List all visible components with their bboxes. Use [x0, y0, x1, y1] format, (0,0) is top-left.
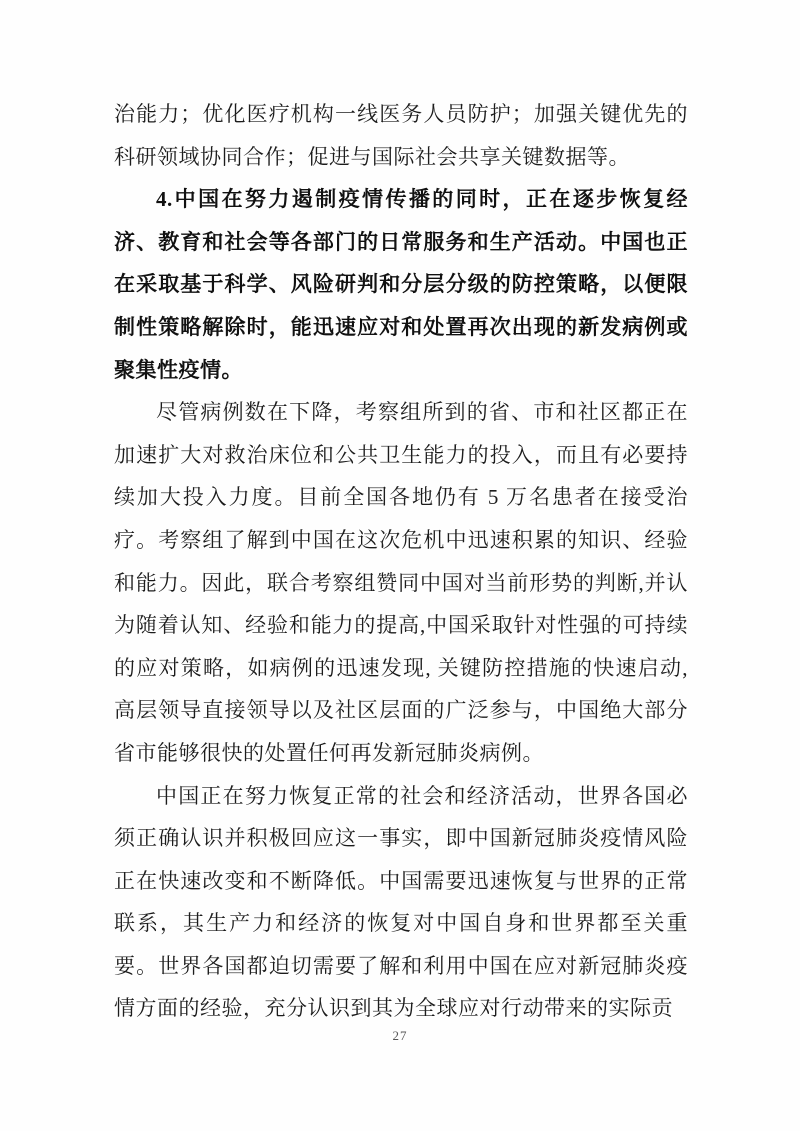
document-page: 治能力；优化医疗机构一线医务人员防护；加强关键优先的科研领域协同合作；促进与国际…: [0, 0, 800, 1131]
paragraph-point-4: 4.中国在努力遏制疫情传播的同时，正在逐步恢复经济、教育和社会等各部门的日常服务…: [114, 178, 688, 391]
page-number: 27: [0, 1028, 800, 1044]
paragraph-continuation: 治能力；优化医疗机构一线医务人员防护；加强关键优先的科研领域协同合作；促进与国际…: [114, 93, 688, 178]
paragraph-body-2: 中国正在努力恢复正常的社会和经济活动，世界各国必须正确认识并积极回应这一事实，即…: [114, 775, 688, 1031]
document-text-block: 治能力；优化医疗机构一线医务人员防护；加强关键优先的科研领域协同合作；促进与国际…: [114, 93, 688, 1030]
paragraph-body-1: 尽管病例数在下降，考察组所到的省、市和社区都正在加速扩大对救治床位和公共卫生能力…: [114, 391, 688, 774]
